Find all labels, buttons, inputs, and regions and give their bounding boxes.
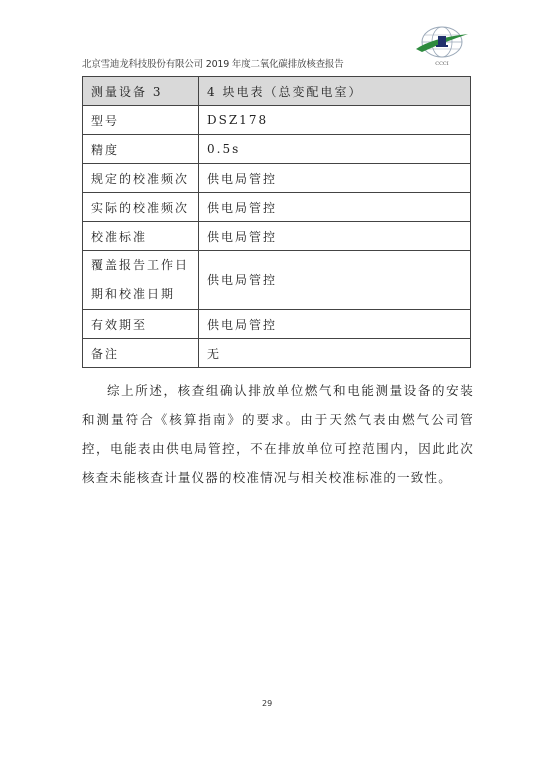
table-row: 覆盖报告工作日期和校准日期 供电局管控 — [83, 251, 471, 310]
globe-logo-icon: CCCI — [412, 22, 472, 70]
row-key: 有效期至 — [83, 310, 199, 339]
svg-text:CCCI: CCCI — [435, 61, 448, 67]
conclusion-paragraph: 综上所述，核查组确认排放单位燃气和电能测量设备的安装和测量符合《核算指南》的要求… — [82, 376, 474, 492]
row-key: 测量设备 3 — [83, 77, 199, 106]
row-value: 供电局管控 — [199, 222, 471, 251]
row-key: 覆盖报告工作日期和校准日期 — [83, 251, 199, 310]
table-row: 有效期至 供电局管控 — [83, 310, 471, 339]
row-value: 0.5s — [199, 135, 471, 164]
page-number: 29 — [262, 699, 272, 708]
table-row: 规定的校准频次 供电局管控 — [83, 164, 471, 193]
row-value: DSZ178 — [199, 106, 471, 135]
row-key: 备注 — [83, 339, 199, 368]
table-row: 精度 0.5s — [83, 135, 471, 164]
report-header-title: 北京雪迪龙科技股份有限公司 2019 年度二氧化碳排放核查报告 — [82, 56, 344, 70]
equipment-spec-table: 测量设备 3 4 块电表（总变配电室） 型号 DSZ178 精度 0.5s 规定… — [82, 76, 471, 368]
table-row: 实际的校准频次 供电局管控 — [83, 193, 471, 222]
row-key: 精度 — [83, 135, 199, 164]
ccci-logo: CCCI — [412, 22, 472, 70]
row-value: 供电局管控 — [199, 164, 471, 193]
row-key: 校准标准 — [83, 222, 199, 251]
row-value: 4 块电表（总变配电室） — [199, 77, 471, 106]
row-key: 规定的校准频次 — [83, 164, 199, 193]
table-row: 测量设备 3 4 块电表（总变配电室） — [83, 77, 471, 106]
row-value: 供电局管控 — [199, 251, 471, 310]
row-value: 无 — [199, 339, 471, 368]
row-value: 供电局管控 — [199, 193, 471, 222]
table-row: 型号 DSZ178 — [83, 106, 471, 135]
table-row: 校准标准 供电局管控 — [83, 222, 471, 251]
row-value: 供电局管控 — [199, 310, 471, 339]
table-row: 备注 无 — [83, 339, 471, 368]
row-key: 型号 — [83, 106, 199, 135]
conclusion-text: 综上所述，核查组确认排放单位燃气和电能测量设备的安装和测量符合《核算指南》的要求… — [82, 376, 474, 492]
row-key: 实际的校准频次 — [83, 193, 199, 222]
